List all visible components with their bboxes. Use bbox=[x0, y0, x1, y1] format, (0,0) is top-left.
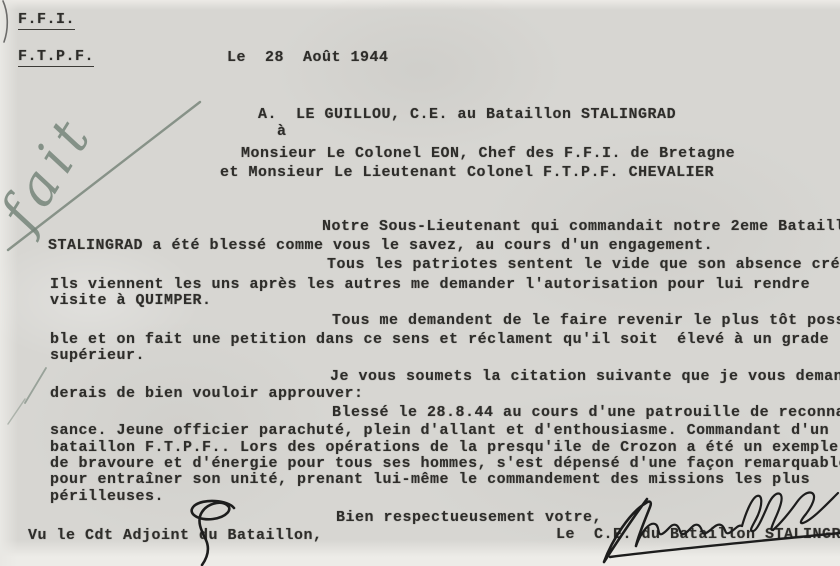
pencil-tick bbox=[25, 368, 46, 403]
body-line: visite à QUIMPER. bbox=[50, 293, 212, 309]
pencil-diagonal-line bbox=[8, 102, 200, 250]
body-line: sance. Jeune officier parachuté, plein d… bbox=[50, 423, 829, 439]
margin-note-fait: fait bbox=[0, 103, 106, 244]
body-line: derais de bien vouloir approuver: bbox=[50, 386, 364, 402]
body-line: périlleuses. bbox=[50, 489, 164, 505]
letter-date: Le 28 Août 1944 bbox=[227, 50, 389, 66]
pencil-tick bbox=[8, 399, 25, 424]
body-line: ble et on fait une petition dans ce sens… bbox=[50, 332, 829, 348]
body-line: pour entraîner son unité, prenant lui-mê… bbox=[50, 472, 810, 488]
scan-corner-mark bbox=[3, 1, 7, 42]
body-line: bataillon F.T.P.F.. Lors des opérations … bbox=[50, 440, 839, 456]
letterhead-ftpf-text: F.T.P.F. bbox=[18, 48, 94, 67]
body-line: Ils viennent les uns après les autres me… bbox=[50, 277, 810, 293]
body-line: Tous me demandent de le faire revenir le… bbox=[332, 313, 840, 329]
body-line: Notre Sous-Lieutenant qui commandait not… bbox=[322, 219, 840, 235]
body-line: Tous les patriotes sentent le vide que s… bbox=[327, 257, 840, 273]
body-line: supérieur. bbox=[50, 348, 145, 364]
recipient-line: à bbox=[277, 124, 287, 140]
closing-salutation: Bien respectueusement votre, bbox=[336, 510, 602, 526]
signoff-left: Vu le Cdt Adjoint du Bataillon, bbox=[28, 528, 323, 544]
letterhead-ffi-text: F.F.I. bbox=[18, 11, 75, 30]
recipient-line: Monsieur Le Colonel EON, Chef des F.F.I.… bbox=[241, 146, 735, 162]
letterhead-ftpf: F.T.P.F. bbox=[18, 49, 94, 65]
signature-main bbox=[773, 492, 838, 530]
scanned-letter-page: F.F.I. F.T.P.F. Le 28 Août 1944 A. LE GU… bbox=[0, 0, 840, 566]
recipient-line: A. LE GUILLOU, C.E. au Bataillon STALING… bbox=[258, 107, 676, 123]
body-line: de bravoure et d'énergie pour tous ses h… bbox=[50, 456, 840, 472]
body-line: Je vous soumets la citation suivante que… bbox=[330, 369, 840, 385]
signoff-right: Le C.E. du Bataillon STALINGRAD bbox=[556, 527, 840, 543]
recipient-line: et Monsieur Le Lieutenant Colonel F.T.P.… bbox=[220, 165, 714, 181]
body-line: STALINGRAD a été blessé comme vous le sa… bbox=[48, 238, 713, 254]
body-line: Blessé le 28.8.44 au cours d'une patroui… bbox=[332, 405, 840, 421]
letterhead-ffi: F.F.I. bbox=[18, 12, 75, 28]
